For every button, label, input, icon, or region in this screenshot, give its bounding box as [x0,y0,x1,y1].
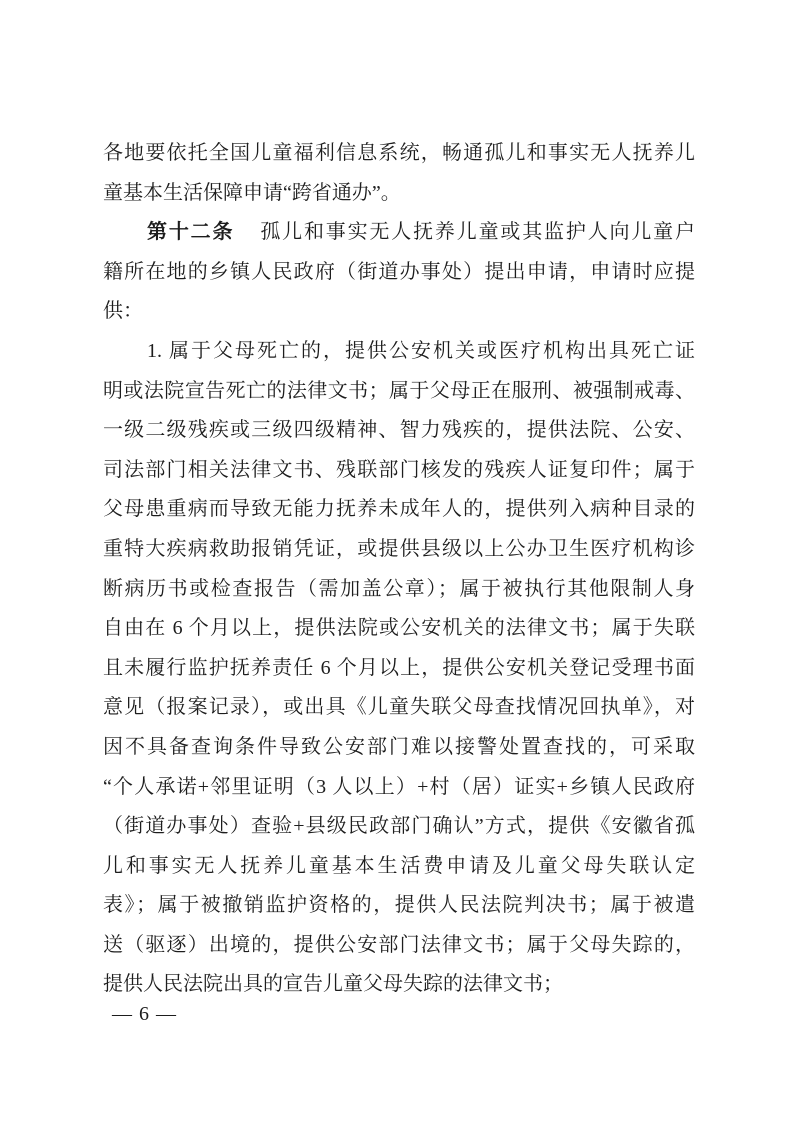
text-line: 且未履行监护抚养责任 6 个月以上，提供公安机关登记受理书面 [103,649,695,689]
text-line: 因不具备查询条件导致公安部门难以接警处置查找的，可采取 [103,728,695,768]
list-item-1-line: 1. 属于父母死亡的，提供公安机关或医疗机构出具死亡证 [103,332,695,372]
text-line: 父母患重病而导致无能力抚养未成年人的，提供列入病种目录的 [103,490,695,530]
text-line: （街道办事处）查验+县级民政部门确认”方式，提供《安徽省孤 [103,807,695,847]
text-line: 送（驱逐）出境的，提供公安部门法律文书；属于父母失踪的， [103,926,695,966]
text-line: 各地要依托全国儿童福利信息系统，畅通孤儿和事实无人抚养儿 [103,134,695,174]
text-line: 一级二级残疾或三级四级精神、智力残疾的，提供法院、公安、 [103,411,695,451]
article-heading-line: 第十二条孤儿和事实无人抚养儿童或其监护人向儿童户 [103,213,695,253]
text-line: 自由在 6 个月以上，提供法院或公安机关的法律文书；属于失联 [103,609,695,649]
text-line: 儿和事实无人抚养儿童基本生活费申请及儿童父母失联认定 [103,847,695,887]
text-line-paragraph-end: 提供人民法院出具的宣告儿童父母失踪的法律文书； [103,965,695,1005]
document-page: 各地要依托全国儿童福利信息系统，畅通孤儿和事实无人抚养儿 童基本生活保障申请“跨… [0,0,794,1123]
text-line: 明或法院宣告死亡的法律文书；属于父母正在服刑、被强制戒毒、 [103,372,695,412]
article-line-text: 孤儿和事实无人抚养儿童或其监护人向儿童户 [260,221,695,243]
text-line: 重特大疾病救助报销凭证，或提供县级以上公办卫生医疗机构诊 [103,530,695,570]
article-number: 第十二条 [147,221,234,243]
text-line: 籍所在地的乡镇人民政府（街道办事处）提出申请，申请时应提 [103,253,695,293]
text-line: 表》；属于被撤销监护资格的，提供人民法院判决书；属于被遣 [103,886,695,926]
page-number: — 6 — [112,1002,177,1026]
text-line-paragraph-end: 童基本生活保障申请“跨省通办”。 [103,174,695,214]
text-line: “个人承诺+邻里证明（3 人以上）+村（居）证实+乡镇人民政府 [103,768,695,808]
text-line: 司法部门相关法律文书、残联部门核发的残疾人证复印件；属于 [103,451,695,491]
text-line-paragraph-end: 供： [103,292,695,332]
text-line: 断病历书或检查报告（需加盖公章）；属于被执行其他限制人身 [103,570,695,610]
document-body: 各地要依托全国儿童福利信息系统，畅通孤儿和事实无人抚养儿 童基本生活保障申请“跨… [103,134,695,1005]
text-line: 意见（报案记录），或出具《儿童失联父母查找情况回执单》，对 [103,688,695,728]
